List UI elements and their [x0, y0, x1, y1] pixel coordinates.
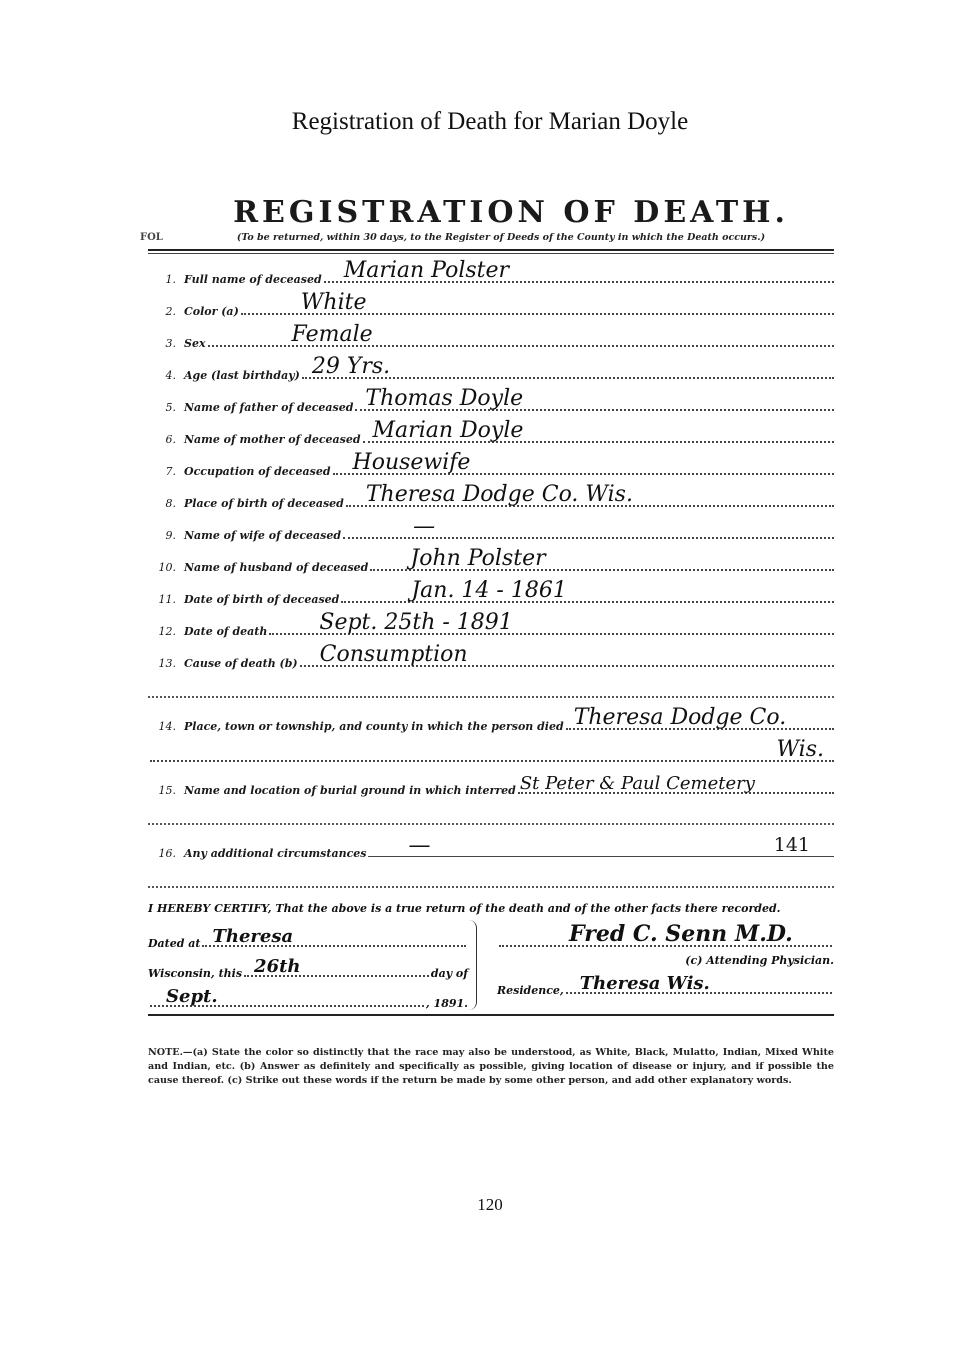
field-value: Housewife — [353, 450, 471, 475]
certification-block: Dated at Theresa Wisconsin, this 26th da… — [148, 920, 834, 1010]
continuation-line — [148, 797, 834, 825]
field-date-of-birth: 11. Date of birth of deceased Jan. 14 - … — [148, 574, 834, 606]
folio-stamp: FOL — [140, 232, 163, 243]
day-value: 26th — [254, 956, 300, 977]
field-father-name: 5. Name of father of deceased Thomas Doy… — [148, 382, 834, 414]
reference-number: 141 — [774, 834, 810, 856]
form-subheading: (To be returned, within 30 days, to the … — [168, 230, 834, 246]
field-value: Marian Doyle — [373, 418, 524, 443]
physician-signature-line: Fred C. Senn M.D. — [497, 920, 834, 950]
field-sex: 3. Sex Female — [148, 318, 834, 350]
day-line: Wisconsin, this 26th day of — [148, 950, 468, 980]
month-year-line: Sept. , 18 91. — [148, 980, 468, 1010]
field-value: — — [413, 514, 435, 539]
field-occupation: 7. Occupation of deceased Housewife — [148, 446, 834, 478]
form-heading: REGISTRATION OF DEATH. — [188, 196, 834, 230]
page-title: Registration of Death for Marian Doyle — [0, 108, 980, 136]
field-value: Jan. 14 - 1861 — [411, 578, 567, 603]
residence-value: Theresa Wis. — [580, 973, 710, 994]
field-date-of-death: 12. Date of death Sept. 25th - 1891 — [148, 606, 834, 638]
divider — [148, 249, 834, 251]
continuation-line — [148, 670, 834, 698]
field-value: Theresa Dodge Co. Wis. — [366, 482, 633, 507]
field-value: St Peter & Paul Cemetery — [520, 773, 755, 794]
field-value: John Polster — [410, 546, 545, 571]
field-color: 2. Color (a) White — [148, 286, 834, 318]
field-additional-circumstances: 16. Any additional circumstances —141 — [148, 828, 834, 860]
field-value: — — [408, 833, 430, 858]
field-value: Female — [292, 322, 373, 347]
field-burial-ground: 15. Name and location of burial ground i… — [148, 765, 834, 797]
field-value: Theresa Dodge Co. — [574, 705, 787, 730]
residence-line: Residence, Theresa Wis. — [497, 967, 834, 997]
form-footnote: NOTE.—(a) State the color so distinctly … — [148, 1046, 834, 1088]
field-value: White — [301, 290, 367, 315]
year-value: 91. — [449, 997, 468, 1010]
field-value: Marian Polster — [344, 258, 509, 283]
dated-at-line: Dated at Theresa — [148, 920, 468, 950]
field-value: Consumption — [320, 642, 468, 667]
physician-label: (c) Attending Physician. — [497, 954, 834, 967]
field-age: 4. Age (last birthday) 29 Yrs. — [148, 350, 834, 382]
month-value: Sept. — [166, 986, 218, 1007]
field-mother-name: 6. Name of mother of deceased Marian Doy… — [148, 414, 834, 446]
death-registration-form: FOL REGISTRATION OF DEATH. (To be return… — [148, 196, 834, 1088]
certification-statement: I HEREBY CERTIFY, That the above is a tr… — [148, 902, 834, 916]
continuation-line — [148, 860, 834, 888]
divider — [148, 1014, 834, 1016]
field-cause-of-death: 13. Cause of death (b) Consumption — [148, 638, 834, 670]
field-place-of-death: 14. Place, town or township, and county … — [148, 701, 834, 733]
physician-signature: Fred C. Senn M.D. — [569, 921, 793, 947]
dated-at-value: Theresa — [212, 926, 293, 947]
page-number: 120 — [0, 1195, 980, 1215]
field-wife-name: 9. Name of wife of deceased — — [148, 510, 834, 542]
field-place-of-death-cont: Wis. — [148, 733, 834, 765]
field-value: Thomas Doyle — [365, 386, 523, 411]
field-value: Sept. 25th - 1891 — [319, 610, 512, 635]
field-value: 29 Yrs. — [312, 354, 390, 379]
field-full-name: 1. Full name of deceased Marian Polster — [148, 254, 834, 286]
field-value: Wis. — [776, 737, 824, 762]
field-place-of-birth: 8. Place of birth of deceased Theresa Do… — [148, 478, 834, 510]
field-husband-name: 10. Name of husband of deceased John Pol… — [148, 542, 834, 574]
